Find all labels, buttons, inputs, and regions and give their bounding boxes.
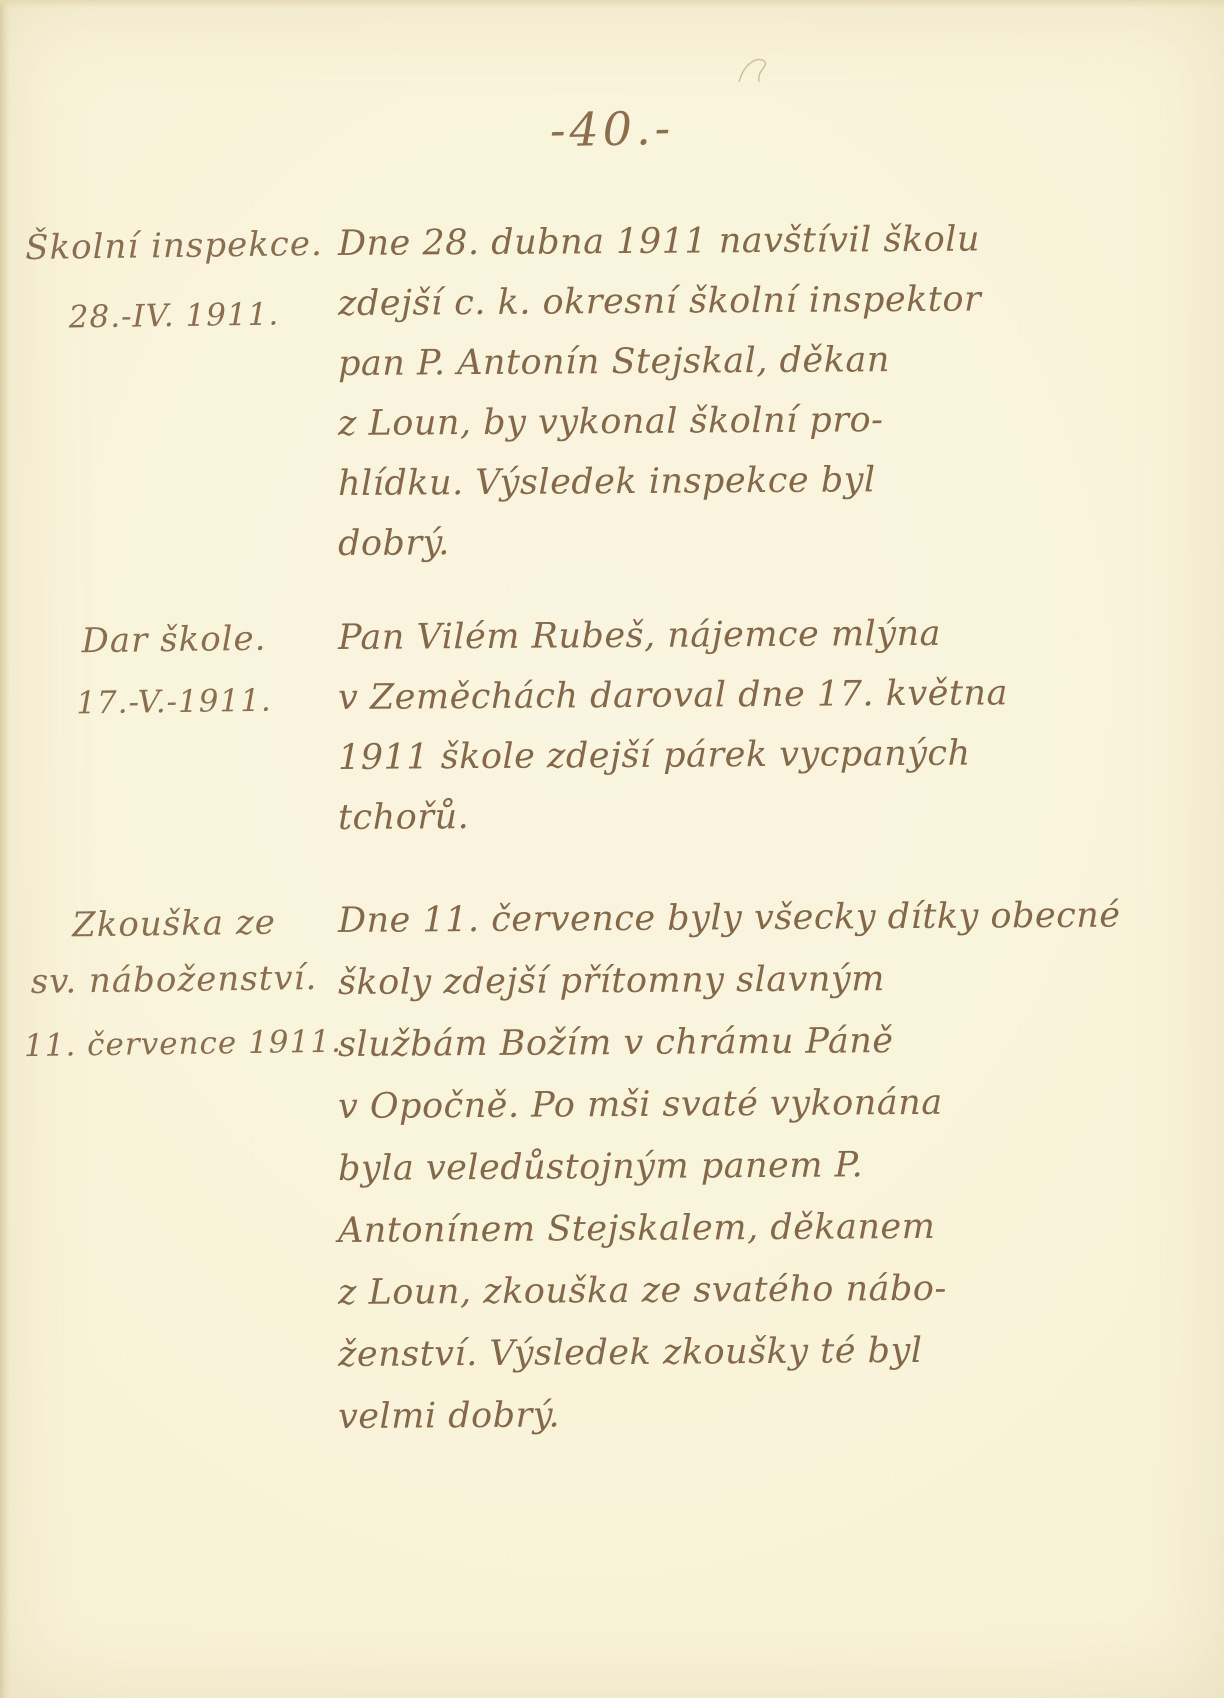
body-line: dobrý. xyxy=(338,508,1218,574)
body-line: zdejší c. k. okresní školní inspektor xyxy=(338,268,1218,334)
manuscript-page: -40.- Školní inspekce. 28.-IV. 1911. Dne… xyxy=(0,0,1224,1698)
stray-hair-mark xyxy=(735,52,775,88)
body-line: z Loun, by vykonal školní pro- xyxy=(338,388,1218,454)
body-line: Dne 28. dubna 1911 navštívil školu xyxy=(338,208,1218,274)
margin-date-line: 11. července 1911. xyxy=(24,1014,325,1074)
body-line: Antonínem Stejskalem, děkanem xyxy=(338,1194,1218,1262)
body-line: ženství. Výsledek zkoušky té byl xyxy=(338,1318,1218,1386)
body-line: Pan Vilém Rubeš, nájemce mlýna xyxy=(338,602,1218,668)
margin-heading-line: Dar škole. xyxy=(24,610,325,670)
entry-1-body: Dne 28. dubna 1911 navštívil školu zdejš… xyxy=(338,214,1218,574)
body-line: službám Božím v chrámu Páně xyxy=(338,1008,1218,1076)
entry-2-body: Pan Vilém Rubeš, nájemce mlýna v Zeměchá… xyxy=(338,608,1218,848)
body-line: byla veledůstojným panem P. xyxy=(338,1132,1218,1200)
entry-3-body: Dne 11. července byly všecky dítky obecn… xyxy=(338,890,1218,1448)
entry-3-margin-heading: Zkouška ze sv. náboženství. 11. července… xyxy=(24,896,324,1072)
page-number: -40.- xyxy=(0,89,1224,169)
body-line: hlídku. Výsledek inspekce byl xyxy=(338,448,1218,514)
margin-date-line: 17.-V.-1911. xyxy=(24,672,325,732)
body-line: velmi dobrý. xyxy=(338,1380,1218,1448)
body-line: v Opočně. Po mši svaté vykonána xyxy=(338,1070,1218,1138)
entry-2-margin-heading: Dar škole. 17.-V.-1911. xyxy=(24,612,324,730)
body-line: pan P. Antonín Stejskal, děkan xyxy=(338,328,1218,394)
body-line: 1911 škole zdejší párek vycpaných xyxy=(338,722,1218,788)
margin-heading-line: Školní inspekce. xyxy=(24,216,325,276)
body-line: školy zdejší přítomny slavným xyxy=(338,946,1218,1014)
body-line: v Zeměchách daroval dne 17. května xyxy=(338,662,1218,728)
margin-heading-line: sv. náboženství. xyxy=(24,950,325,1010)
binding-edge-shading xyxy=(0,0,10,1698)
top-edge-shading xyxy=(0,0,1224,8)
body-line: tchořů. xyxy=(338,782,1218,848)
entry-1-margin-heading: Školní inspekce. 28.-IV. 1911. xyxy=(24,218,324,344)
body-line: Dne 11. července byly všecky dítky obecn… xyxy=(338,884,1218,952)
margin-date-line: 28.-IV. 1911. xyxy=(24,286,325,346)
body-line: z Loun, zkouška ze svatého nábo- xyxy=(338,1256,1218,1324)
margin-heading-line: Zkouška ze xyxy=(24,894,325,954)
